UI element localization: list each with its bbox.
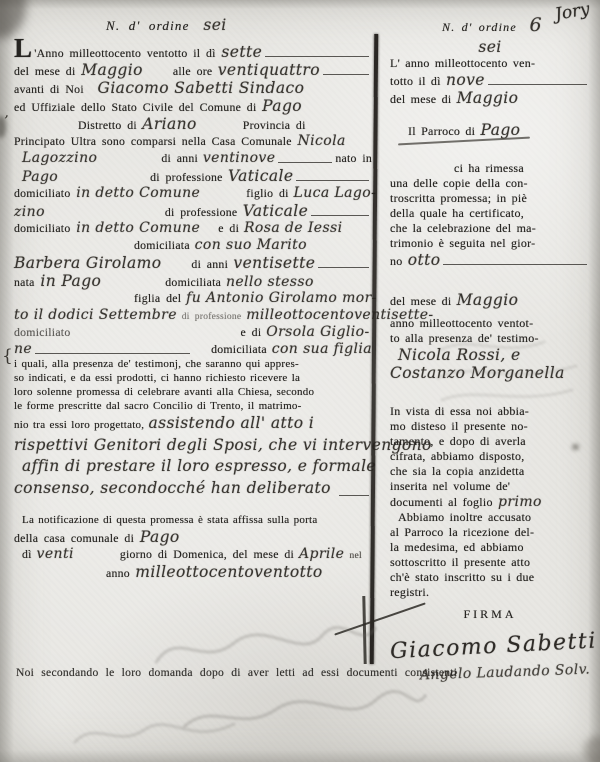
document-line: i quali, alla presenza de' testimonj, ch… <box>14 358 372 372</box>
printed-text: ed Uffiziale dello Stato Civile del Comu… <box>14 100 262 115</box>
document-line: Lagozzinodi anni ventinovenato in <box>14 150 372 167</box>
ghost-writing <box>432 330 582 410</box>
printed-text: so indicati, e da essi prodotti, ci hann… <box>14 372 300 384</box>
printed-text: una delle copie della con- <box>390 176 528 191</box>
document-line: domiciliato in detto Comunee di Rosa de … <box>14 220 372 237</box>
document-line: registri. <box>390 585 590 600</box>
handwritten-text: otto <box>408 251 441 269</box>
document-line: la medesima, ed abbiamo <box>390 540 590 555</box>
printed-text: alle ore <box>173 64 213 79</box>
document-line: tamento, e dopo di averla <box>390 434 590 449</box>
ink-rule <box>488 84 587 85</box>
handwritten-text: assistendo all' atto i <box>148 414 314 432</box>
printed-text: dì <box>22 547 32 562</box>
ink-rule <box>318 267 369 268</box>
printed-text: inserita nel volume de' <box>390 479 510 494</box>
handwritten-text: Vaticale <box>223 167 294 185</box>
printed-text: registri. <box>390 585 429 600</box>
printed-text: al Parroco la ricezione del- <box>390 525 534 540</box>
document-line: no otto <box>390 251 590 269</box>
handwritten-text: Aprile <box>294 546 344 562</box>
printed-text: i quali, alla presenza de' testimonj, ch… <box>14 358 299 370</box>
handwritten-text: ventiquattro <box>212 61 320 79</box>
printed-text: del mese di <box>390 294 457 309</box>
handwritten-text: Pago <box>140 528 180 546</box>
document-line: documenti al foglio primo <box>390 494 590 510</box>
document-line: domiciliato in detto Comunefiglio di Luc… <box>14 185 372 202</box>
document-line: inserita nel volume de' <box>390 479 590 494</box>
document-line: La notificazione di questa promessa è st… <box>14 514 372 528</box>
document-line: zinodi professione Vaticale <box>14 202 372 220</box>
printed-text: cifrata, abbiamo disposto, <box>390 449 524 464</box>
document-line: consenso, secondocché han deliberato <box>14 479 372 501</box>
printed-text: Principato Ultra sono comparsi nella Cas… <box>14 134 298 149</box>
handwritten-text: Ariano <box>137 115 197 133</box>
printed-text: nata <box>14 275 40 290</box>
handwritten-text: Giacomo Sabetti <box>389 628 597 664</box>
printed-text: no <box>390 254 408 269</box>
printed-text: di professione <box>182 312 242 322</box>
document-line: FIRMA <box>390 607 590 622</box>
ink-rule <box>296 180 369 181</box>
document-line: che la celebrazione del ma- <box>390 221 590 236</box>
margin-brace-mark: { <box>2 346 13 366</box>
handwritten-text: Lagozzino <box>22 150 97 166</box>
printed-text: Noi secondando le loro domanda dopo di a… <box>16 666 457 679</box>
document-line: N. d' ordine sei <box>106 16 372 34</box>
printed-text: Abbiamo inoltre accusato <box>398 510 531 525</box>
printed-text: di professione <box>150 170 223 185</box>
printed-text: della casa comunale di <box>14 531 140 546</box>
printed-text: di anni <box>191 257 228 272</box>
printed-text: anno <box>106 566 130 581</box>
handwritten-text: primo <box>498 494 542 510</box>
document-line: una delle copie della con- <box>390 176 590 191</box>
printed-text: troscritta promessa; in piè <box>390 191 527 206</box>
printed-text: ci ha rimessa <box>454 161 524 176</box>
document-line: del mese di Maggio <box>390 89 590 107</box>
printed-text: figlio di <box>246 186 288 201</box>
handwritten-text: ventisette <box>228 254 315 272</box>
paper-stain <box>584 736 600 762</box>
document-line: al Parroco la ricezione del- <box>390 525 590 540</box>
document-line: nedomiciliata con sua figlia <box>14 341 372 358</box>
document-line: L'Anno milleottocento ventotto il dì set… <box>14 42 372 61</box>
document-line: della quale ha certificato, <box>390 206 590 221</box>
printed-text: di professione <box>165 205 238 220</box>
printed-text: nel <box>344 551 361 561</box>
ink-rule <box>265 56 369 57</box>
handwritten-text: Rosa de Iessi <box>239 220 342 236</box>
handwritten-text: consenso, secondocché han deliberato <box>14 479 336 497</box>
handwritten-text: Giacomo Sabetti Sindaco <box>98 79 305 97</box>
ink-rule <box>278 162 332 163</box>
document-line: ci ha rimessa <box>390 161 590 176</box>
document-line: Il Parroco di Pago <box>390 121 590 139</box>
document-line: Noi secondando le loro domanda dopo di a… <box>16 666 588 683</box>
document-line: ch'è stato inscritto su i due <box>390 570 590 585</box>
document-line: nata in Pagodomiciliata nello stesso <box>14 272 372 290</box>
handwritten-text: in detto Comune <box>76 220 200 236</box>
printed-text: del mese di <box>14 64 81 79</box>
document-line: del mese di Maggio <box>390 291 590 309</box>
printed-text: domiciliata <box>165 275 221 290</box>
handwritten-text: Nicola <box>298 133 346 149</box>
handwritten-text: in detto Comune <box>76 185 200 201</box>
document-line: L' anno milleottocento ven- <box>390 56 590 71</box>
printed-text: Il Parroco di <box>408 124 475 139</box>
document-line: so indicati, e da essi prodotti, ci hann… <box>14 372 372 386</box>
printed-text: Distretto di <box>78 118 137 133</box>
document-line: domiciliata con suo Marito <box>14 237 372 254</box>
handwritten-text: sette <box>221 43 262 61</box>
document-line: ed Uffiziale dello Stato Civile del Comu… <box>14 97 372 115</box>
printed-text: trimonio è seguita nel gior- <box>390 236 535 251</box>
footer-line: Noi secondando le loro domanda dopo di a… <box>16 666 588 683</box>
document-line: che sia la copia anzidetta <box>390 464 590 479</box>
printed-text: tamento, e dopo di averla <box>390 434 526 449</box>
handwritten-text: 6 <box>523 14 542 36</box>
printed-text: di anni <box>161 151 198 166</box>
document-line: anno milleottocento ventot- <box>390 316 590 331</box>
printed-text: avanti di Noi <box>14 82 90 97</box>
printed-text: domiciliato <box>14 221 76 236</box>
handwritten-text: Vaticale <box>237 202 308 220</box>
printed-text: nio tra essi loro progettato, <box>14 419 148 431</box>
document-line: nio tra essi loro progettato, assistendo… <box>14 414 372 436</box>
document-line: troscritta promessa; in piè <box>390 191 590 206</box>
handwritten-text: milleottocentoventotto <box>130 563 323 581</box>
printed-text: N. d' ordine <box>106 18 198 34</box>
printed-text: L' anno milleottocento ven- <box>390 56 535 71</box>
printed-text: che la celebrazione del ma- <box>390 221 536 236</box>
printed-text: loro solenne promessa di celebrare avant… <box>14 386 314 398</box>
printed-text: La notificazione di questa promessa è st… <box>22 514 317 526</box>
document-line: della casa comunale di Pago <box>14 528 372 546</box>
handwritten-text: zino <box>14 204 45 220</box>
document-line: totto il dì nove <box>390 71 590 89</box>
printed-text: la medesima, ed abbiamo <box>390 540 524 555</box>
handwritten-text: in Pago <box>40 272 101 290</box>
ink-rule <box>35 353 190 354</box>
handwritten-text: con suo Marito <box>190 237 307 253</box>
printed-text: domiciliato <box>14 186 76 201</box>
printed-text: le forme prescritte dal sacro Concilio d… <box>14 400 302 412</box>
handwritten-text: nello stesso <box>221 274 314 290</box>
document-line: mo disteso il presente no- <box>390 419 590 434</box>
document-line: sottoscritto il presente atto <box>390 555 590 570</box>
printed-text: L <box>14 42 32 54</box>
ink-rule <box>311 215 369 216</box>
handwritten-text: nove <box>446 71 485 89</box>
printed-text: documenti al foglio <box>390 495 498 510</box>
printed-text: anno milleottocento ventot- <box>390 316 533 331</box>
handwritten-text: con sua figlia <box>267 341 372 357</box>
printed-text: ch'è stato inscritto su i due <box>390 570 534 585</box>
document-line: Giacomo Sabetti <box>389 629 590 664</box>
printed-text: domiciliata <box>211 342 267 357</box>
handwritten-text: fu Antonio Girolamo mor- <box>181 290 377 306</box>
document-line: Distretto di ArianoProvincia di <box>14 115 372 133</box>
scanned-civil-record-page: N. d' ordine seiL'Anno milleottocento ve… <box>0 0 600 762</box>
handwritten-text: to il dodici Settembre <box>14 307 182 323</box>
document-line: affin di prestare il loro espresso, e fo… <box>14 457 372 479</box>
margin-ink-mark: ’ <box>1 112 9 131</box>
document-line: dì ventigiorno di Domenica, del mese di … <box>14 546 372 563</box>
document-line: to il dodici Settembre di professione mi… <box>14 307 372 324</box>
document-line: figlia del fu Antonio Girolamo mor- <box>14 290 372 307</box>
document-line: cifrata, abbiamo disposto, <box>390 449 590 464</box>
handwritten-text: Orsola Giglio- <box>261 324 369 340</box>
ink-rule <box>323 74 369 75</box>
printed-text: figlia del <box>134 291 181 306</box>
document-line: trimonio è seguita nel gior- <box>390 236 590 251</box>
handwritten-text: sei <box>198 16 227 34</box>
handwritten-text: ne <box>14 341 32 357</box>
ink-rule <box>339 495 369 496</box>
document-line: loro solenne promessa di celebrare avant… <box>14 386 372 400</box>
document-line: Pagodi professione Vaticale <box>14 167 372 185</box>
handwritten-text: Maggio <box>81 61 143 79</box>
printed-text: giorno di Domenica, del mese di <box>120 547 294 562</box>
document-line: Principato Ultra sono comparsi nella Cas… <box>14 133 372 150</box>
ghost-writing <box>70 714 240 754</box>
handwritten-text: Pago <box>262 97 302 115</box>
printed-text: Provincia di <box>243 118 306 133</box>
printed-text: 'Anno milleottocento ventotto il dì <box>34 46 221 61</box>
printed-text: della quale ha certificato, <box>390 206 524 221</box>
document-line: domiciliatoe di Orsola Giglio- <box>14 324 372 341</box>
document-line: anno milleottocentoventotto <box>14 563 372 581</box>
handwritten-text: ventinove <box>198 150 275 166</box>
handwritten-text: Pago <box>22 169 58 185</box>
handwritten-text: rispettivi Genitori degli Sposi, che vi … <box>14 436 432 454</box>
printed-text: domiciliato <box>14 325 70 340</box>
document-line: rispettivi Genitori degli Sposi, che vi … <box>14 436 372 458</box>
printed-text: FIRMA <box>463 607 516 622</box>
printed-text: che sia la copia anzidetta <box>390 464 524 479</box>
printed-text: sottoscritto il presente atto <box>390 555 530 570</box>
document-line: del mese di Maggioalle ore ventiquattro <box>14 61 372 79</box>
handwritten-text: Barbera Girolamo <box>14 254 161 272</box>
handwritten-text: Maggio <box>457 291 519 309</box>
document-line: avanti di Noi Giacomo Sabetti Sindaco <box>14 79 372 97</box>
handwritten-text: venti <box>32 546 74 562</box>
document-line: Abbiamo inoltre accusato <box>390 510 590 525</box>
document-line: le forme prescritte dal sacro Concilio d… <box>14 400 372 414</box>
handwritten-text: Luca Lago- <box>289 185 377 201</box>
handwritten-text: Maggio <box>457 89 519 107</box>
ink-rule <box>443 264 587 265</box>
handwritten-text: affin di prestare il loro espresso, e fo… <box>22 457 376 475</box>
handwritten-text: sei <box>478 38 501 56</box>
printed-text: del mese di <box>390 92 457 107</box>
left-page-column: N. d' ordine seiL'Anno milleottocento ve… <box>14 12 372 581</box>
document-line: Barbera Girolamodi anni ventisette <box>14 254 372 272</box>
printed-text: nato in <box>335 151 372 166</box>
printed-text: N. d' ordine <box>442 20 523 35</box>
printed-text: e di <box>240 325 261 340</box>
printed-text: e di <box>218 221 239 236</box>
printed-text: domiciliata <box>134 238 190 253</box>
printed-text: mo disteso il presente no- <box>390 419 528 434</box>
printed-text: totto il dì <box>390 74 446 89</box>
document-line: sei <box>390 38 590 56</box>
handwritten-text: Pago <box>475 121 520 139</box>
